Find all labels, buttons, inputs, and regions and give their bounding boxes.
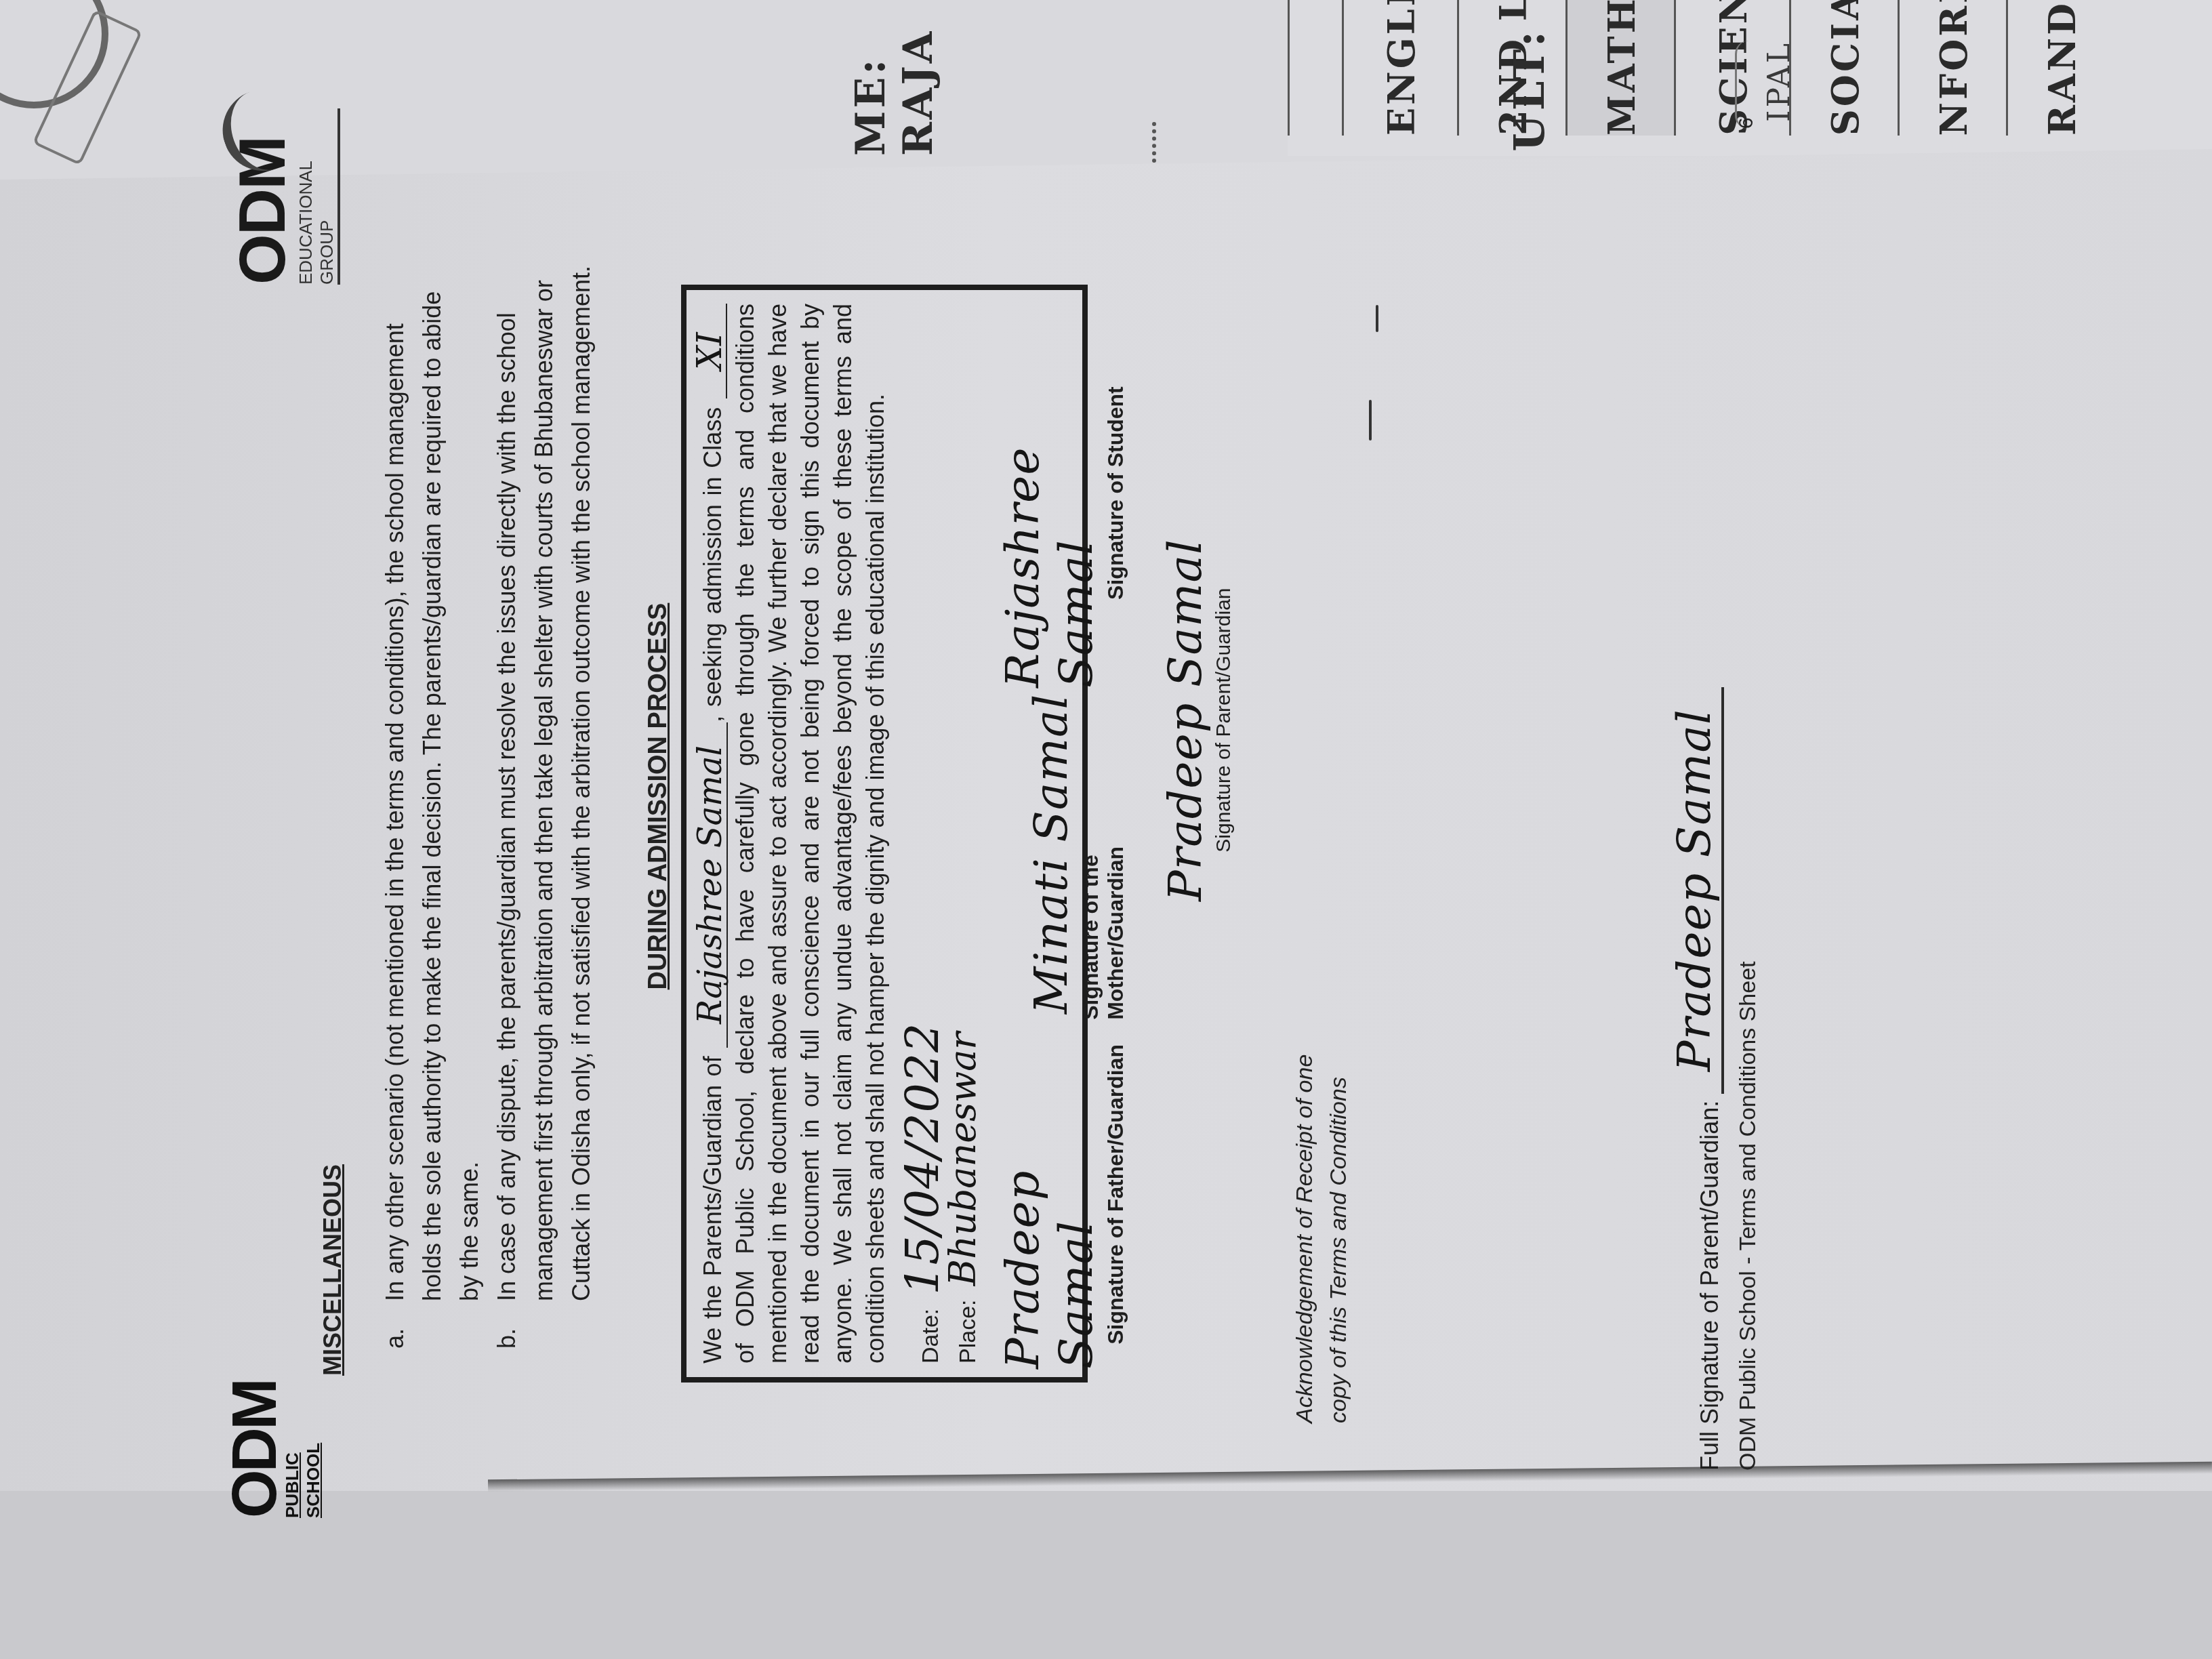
list-marker: a. <box>376 1328 413 1349</box>
declaration-part-3: of ODM Public School, declare to have ca… <box>731 304 889 1364</box>
list-item: a. In any other scenario (not mentioned … <box>376 264 488 1349</box>
logo-right-subtitle: EDUCATIONAL GROUP <box>295 108 340 285</box>
mother-signature[interactable]: Minati Samal <box>1025 694 1078 1014</box>
footer-text: ODM Public School - Terms and Conditions… <box>1735 961 1761 1471</box>
place-row: Place: Bhubaneswar <box>947 304 984 1364</box>
miscellaneous-heading: MISCELLANEOUS <box>319 1164 347 1376</box>
parent-signature-block: Pradeep Samal Signature of Parent/Guardi… <box>1159 539 1235 901</box>
student-signature-block: Rajashree Samal Signature of Student <box>996 298 1128 688</box>
logo-left-brand: ODM <box>224 1389 286 1518</box>
place-label: Place: <box>951 1300 984 1364</box>
pen-mark <box>1369 400 1372 441</box>
father-signature[interactable]: Pradeep Samal <box>996 1020 1103 1369</box>
parent-signature-caption: Signature of Parent/Guardian <box>1212 588 1235 852</box>
full-signature-line[interactable]: Pradeep Samal <box>1654 687 1724 1094</box>
acknowledgement-text: Acknowledgement of Receipt of one copy o… <box>1288 1054 1355 1423</box>
student-signature-caption: Signature of Student <box>1103 386 1128 600</box>
full-signature-row: Full Signature of Parent/Guardian: Prade… <box>1654 687 1724 1471</box>
list-item: b. In case of any dispute, the parents/g… <box>488 264 600 1349</box>
place-field[interactable]: Bhubaneswar <box>947 1032 979 1286</box>
list-marker: b. <box>488 1328 525 1349</box>
full-signature-label: Full Signature of Parent/Guardian: <box>1696 1101 1724 1471</box>
acknowledgement-line-1: Acknowledgement of Receipt of one <box>1288 1054 1322 1423</box>
date-label: Date: <box>914 1309 947 1364</box>
signature-row: Pradeep Samal Signature of Father/Guardi… <box>996 298 1128 1369</box>
page-number: 6 <box>1735 117 1758 129</box>
father-signature-block: Pradeep Samal Signature of Father/Guardi… <box>996 1020 1128 1369</box>
declaration-text: We the Parents/Guardian of Rajashree Sam… <box>693 304 892 1364</box>
father-signature-caption: Signature of Father/Guardian <box>1103 1044 1128 1345</box>
admission-section-title: DURING ADMISSION PROCESS <box>644 68 673 1525</box>
date-field[interactable]: 15/04/2022 <box>907 1023 939 1295</box>
acknowledgement-line-2: copy of this Terms and Conditions <box>1322 1054 1355 1423</box>
mother-signature-caption: Signature of the Mother/Guardian <box>1078 688 1128 1020</box>
miscellaneous-list: a. In any other scenario (not mentioned … <box>376 264 600 1349</box>
declaration-part-1: We the Parents/Guardian of <box>699 1056 726 1364</box>
mother-signature-block: Minati Samal Signature of the Mother/Gua… <box>1025 688 1128 1020</box>
odm-educational-group-logo: ODM EDUCATIONAL GROUP <box>230 108 332 285</box>
declaration-part-2: , seeking admission in Class <box>699 407 726 722</box>
page-content-rotated: ODM PUBLIC SCHOOL ODM EDUCATIONAL GROUP … <box>224 68 2053 1525</box>
student-signature[interactable]: Rajashree Samal <box>996 298 1103 688</box>
class-field[interactable]: XI <box>693 304 727 398</box>
parent-signature[interactable]: Pradeep Samal <box>1159 539 1212 901</box>
student-name-field[interactable]: Rajashree Samal <box>694 722 728 1048</box>
full-signature: Pradeep Samal <box>1668 709 1721 1071</box>
list-item-text: In any other scenario (not mentioned in … <box>381 291 483 1301</box>
list-item-text: In case of any dispute, the parents/guar… <box>493 266 595 1301</box>
odm-public-school-logo: ODM PUBLIC SCHOOL <box>224 1389 305 1518</box>
pen-mark <box>1376 305 1378 332</box>
